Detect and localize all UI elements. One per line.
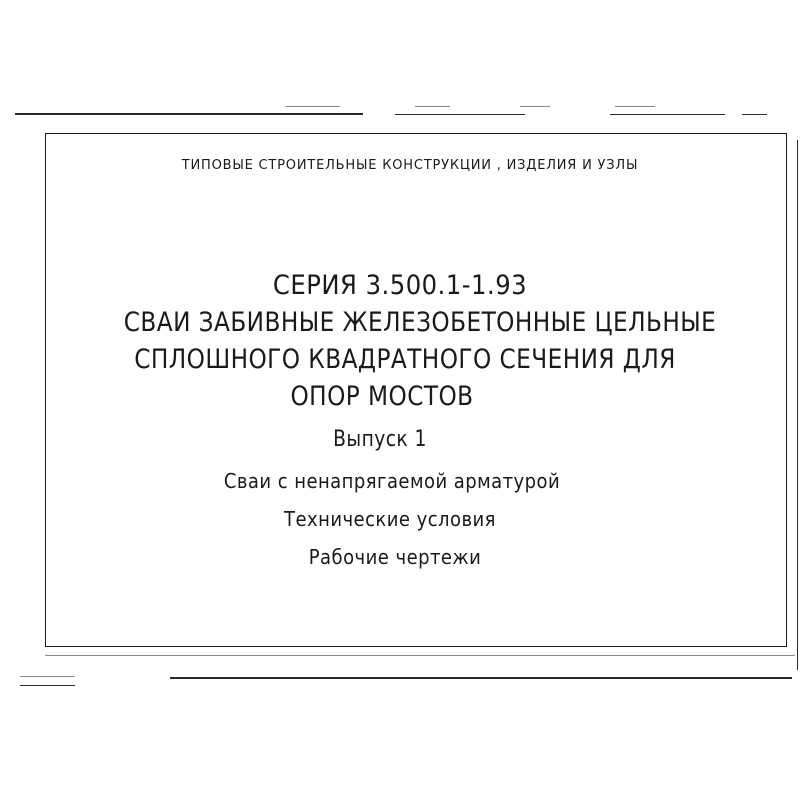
frame-bottom-double <box>45 655 795 656</box>
top-rule <box>15 113 363 115</box>
part-line-2: Технические условия <box>30 507 750 531</box>
bottom-rule-left <box>20 685 75 686</box>
issue-number: Выпуск 1 <box>40 427 720 452</box>
top-rule-dash <box>415 106 450 107</box>
top-rule-dash <box>615 106 655 107</box>
top-rule-dash <box>285 106 340 107</box>
header-text: ТИПОВЫЕ СТРОИТЕЛЬНЫЕ КОНСТРУКЦИИ , ИЗДЕЛ… <box>10 158 800 173</box>
title-line-3: ОПОР МОСТОВ <box>38 381 726 412</box>
part-line-1: Сваи с ненапрягаемой арматурой <box>32 469 752 493</box>
part-line-3: Рабочие чертежи <box>35 545 755 569</box>
frame-outer-right <box>797 140 798 670</box>
top-rule-dash <box>520 106 550 107</box>
series-number: СЕРИЯ 3.500.1-1.93 <box>0 270 800 301</box>
bottom-rule-left <box>20 676 75 677</box>
title-line-1: СВАИ ЗАБИВНЫЕ ЖЕЛЕЗОБЕТОННЫЕ ЦЕЛЬНЫЕ <box>76 307 764 338</box>
top-rule-segment <box>610 114 725 115</box>
top-rule-segment <box>395 114 525 115</box>
title-line-2: СПЛОШНОГО КВАДРАТНОГО СЕЧЕНИЯ ДЛЯ <box>61 344 749 375</box>
top-rule-segment <box>742 114 767 115</box>
bottom-rule <box>170 677 792 679</box>
